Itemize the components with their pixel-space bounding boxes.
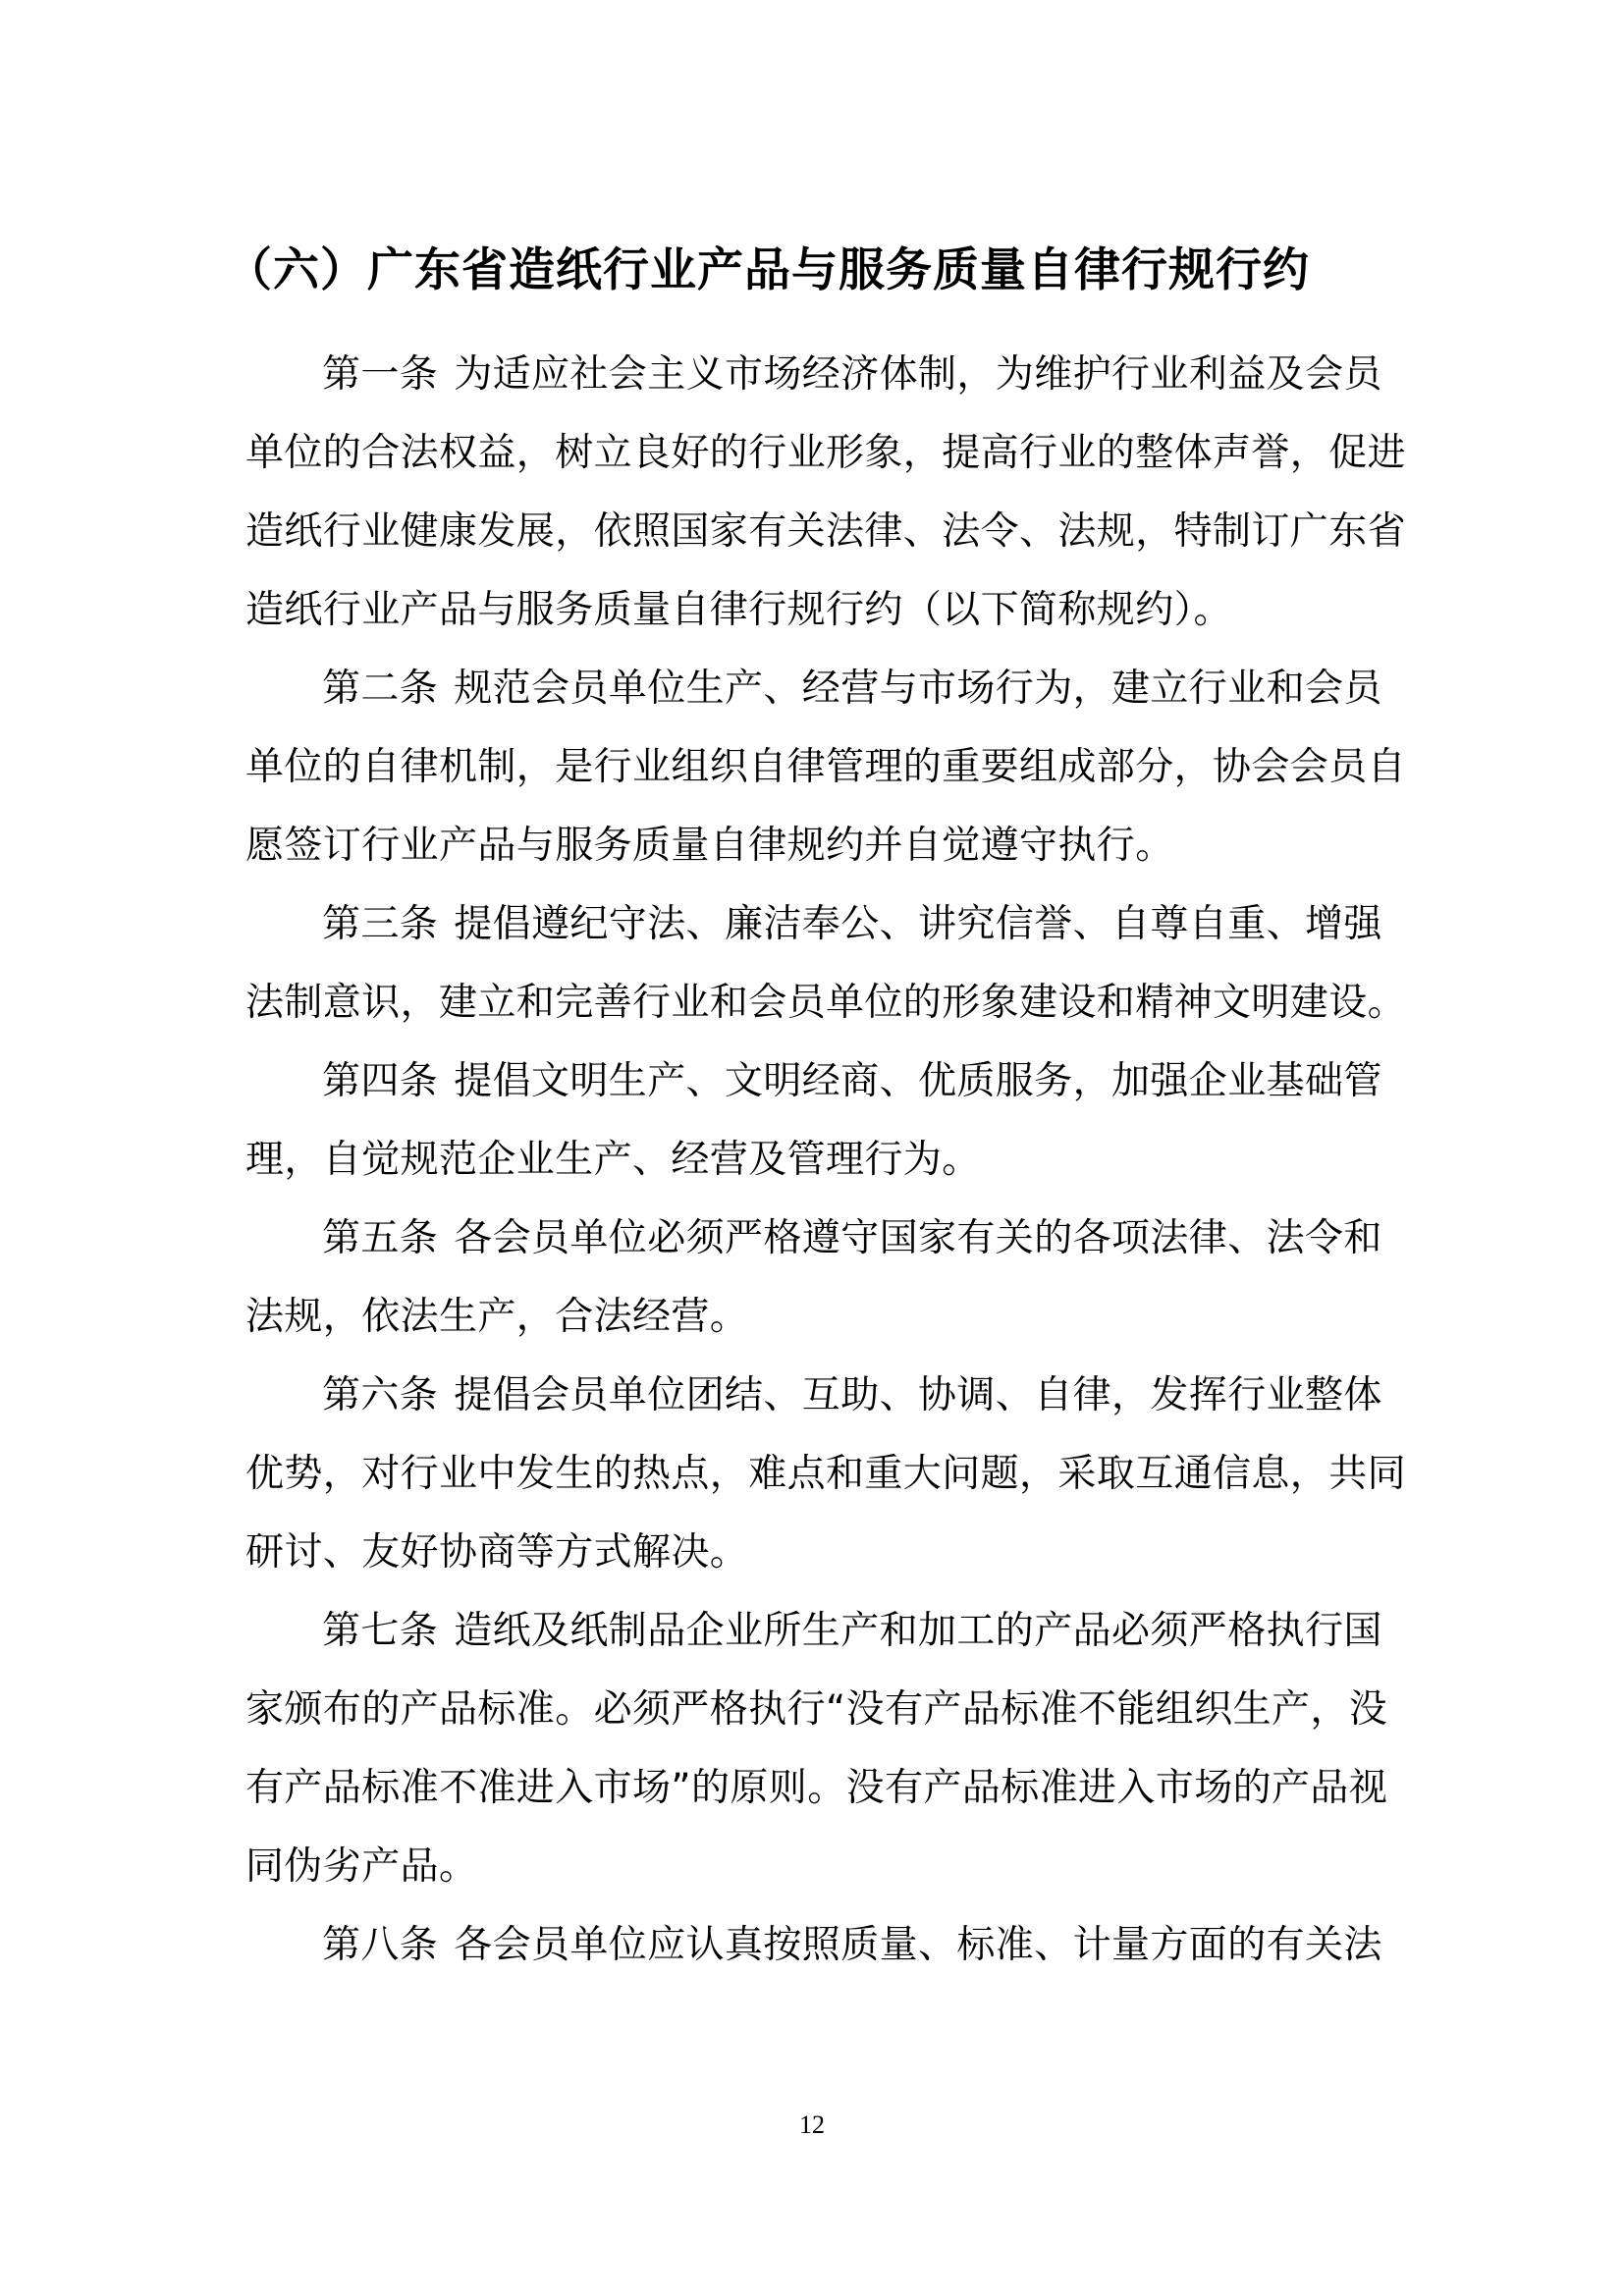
article-line: 第三条提倡遵纪守法、廉洁奉公、讲究信誉、自尊自重、增强 [245, 885, 1384, 964]
article-line: 单位的自律机制，是行业组织自律管理的重要组成部分，协会会员自 [245, 728, 1384, 807]
article-line: 第六条提倡会员单位团结、互助、协调、自律，发挥行业整体 [245, 1357, 1384, 1435]
article-text: 各会员单位必须严格遵守国家有关的各项法律、法令和 [454, 1216, 1382, 1260]
article-7: 第七条造纸及纸制品企业所生产和加工的产品必须严格执行国 家颁布的产品标准。必须严… [245, 1592, 1384, 1906]
article-1: 第一条为适应社会主义市场经济体制，为维护行业利益及会员 单位的合法权益，树立良好… [245, 336, 1384, 650]
article-5: 第五条各会员单位必须严格遵守国家有关的各项法律、法令和 法规，依法生产，合法经营… [245, 1200, 1384, 1357]
article-line: 第五条各会员单位必须严格遵守国家有关的各项法律、法令和 [245, 1200, 1384, 1278]
article-line: 第七条造纸及纸制品企业所生产和加工的产品必须严格执行国 [245, 1592, 1384, 1671]
article-line: 法制意识，建立和完善行业和会员单位的形象建设和精神文明建设。 [245, 964, 1384, 1042]
article-label: 第四条 [322, 1059, 438, 1103]
article-label: 第三条 [322, 902, 438, 946]
article-2: 第二条规范会员单位生产、经营与市场行为，建立行业和会员 单位的自律机制，是行业组… [245, 650, 1384, 885]
article-line: 第四条提倡文明生产、文明经商、优质服务，加强企业基础管 [245, 1042, 1384, 1121]
article-6: 第六条提倡会员单位团结、互助、协调、自律，发挥行业整体 优势，对行业中发生的热点… [245, 1357, 1384, 1592]
article-3: 第三条提倡遵纪守法、廉洁奉公、讲究信誉、自尊自重、增强 法制意识，建立和完善行业… [245, 885, 1384, 1042]
article-text: 提倡遵纪守法、廉洁奉公、讲究信誉、自尊自重、增强 [454, 902, 1382, 946]
article-label: 第八条 [322, 1923, 438, 1967]
article-line: 研讨、友好协商等方式解决。 [245, 1514, 1384, 1592]
document-page: （六）广东省造纸行业产品与服务质量自律行规行约 第一条为适应社会主义市场经济体制… [0, 0, 1624, 2296]
article-8: 第八条各会员单位应认真按照质量、标准、计量方面的有关法 [245, 1906, 1384, 1985]
article-line: 单位的合法权益，树立良好的行业形象，提高行业的整体声誉，促进 [245, 414, 1384, 493]
article-text: 规范会员单位生产、经营与市场行为，建立行业和会员 [454, 667, 1382, 711]
article-label: 第六条 [322, 1373, 438, 1417]
article-text: 造纸及纸制品企业所生产和加工的产品必须严格执行国 [454, 1609, 1382, 1653]
article-text: 为适应社会主义市场经济体制，为维护行业利益及会员 [454, 352, 1382, 397]
article-line: 造纸行业健康发展，依照国家有关法律、法令、法规，特制订广东省 [245, 493, 1384, 571]
article-line: 第二条规范会员单位生产、经营与市场行为，建立行业和会员 [245, 650, 1384, 728]
article-label: 第二条 [322, 667, 438, 711]
document-title: （六）广东省造纸行业产品与服务质量自律行规行约 [226, 239, 1443, 303]
article-label: 第五条 [322, 1216, 438, 1260]
article-text: 各会员单位应认真按照质量、标准、计量方面的有关法 [454, 1923, 1382, 1967]
article-line: 法规，依法生产，合法经营。 [245, 1278, 1384, 1357]
article-label: 第一条 [322, 352, 438, 397]
article-line: 优势，对行业中发生的热点，难点和重大问题，采取互通信息，共同 [245, 1435, 1384, 1514]
article-line: 理，自觉规范企业生产、经营及管理行为。 [245, 1121, 1384, 1200]
page-number: 12 [0, 2109, 1624, 2142]
article-text: 提倡会员单位团结、互助、协调、自律，发挥行业整体 [454, 1373, 1382, 1417]
article-text: 提倡文明生产、文明经商、优质服务，加强企业基础管 [454, 1059, 1382, 1103]
article-line: 造纸行业产品与服务质量自律行规行约（以下简称规约）。 [245, 571, 1384, 650]
article-4: 第四条提倡文明生产、文明经商、优质服务，加强企业基础管 理，自觉规范企业生产、经… [245, 1042, 1384, 1200]
article-line: 第八条各会员单位应认真按照质量、标准、计量方面的有关法 [245, 1906, 1384, 1985]
article-line: 同伪劣产品。 [245, 1828, 1384, 1906]
document-body: 第一条为适应社会主义市场经济体制，为维护行业利益及会员 单位的合法权益，树立良好… [245, 336, 1384, 1985]
article-line: 愿签订行业产品与服务质量自律规约并自觉遵守执行。 [245, 807, 1384, 885]
article-line: 第一条为适应社会主义市场经济体制，为维护行业利益及会员 [245, 336, 1384, 414]
article-label: 第七条 [322, 1609, 438, 1653]
article-line: 有产品标准不准进入市场”的原则。没有产品标准进入市场的产品视 [245, 1749, 1384, 1828]
article-line: 家颁布的产品标准。必须严格执行“没有产品标准不能组织生产，没 [245, 1671, 1384, 1749]
